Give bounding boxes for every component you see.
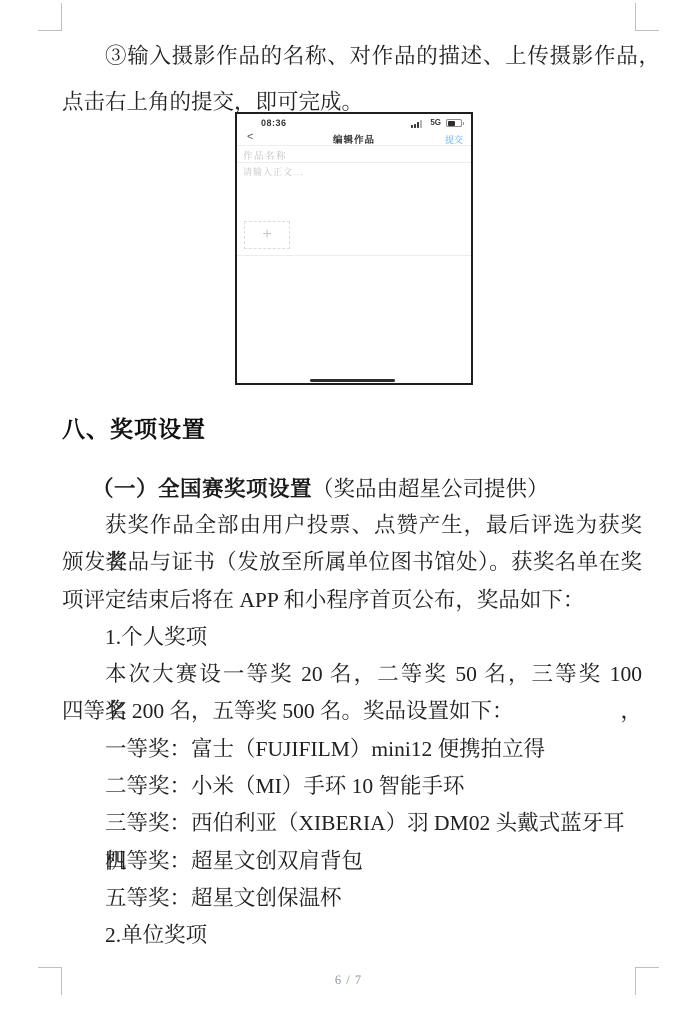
body-line: 2.单位奖项 [62,917,642,954]
body-text: 获奖作品全部由用户投票、点赞产生，最后评选为获奖者 颁发奖品与证书（发放至所属单… [62,507,642,955]
award-line: 四等奖：超星文创双肩背包 [62,843,642,880]
battery-icon [446,119,462,127]
section-heading: 八、奖项设置 [62,411,206,444]
subsection-heading-bold: （一）全国赛奖项设置 [92,477,312,501]
work-name-field[interactable]: 作品名称 [243,148,287,162]
crop-mark-top-left [38,3,62,31]
network-type-label: 5G [430,118,441,127]
body-line: 颁发奖品与证书（发放至所属单位图书馆处）。获奖名单在奖 [62,544,642,581]
body-line: 获奖作品全部由用户投票、点赞产生，最后评选为获奖者 [62,507,642,544]
signal-bars-icon [411,120,425,128]
crop-mark-top-right [635,3,659,31]
page-number: 6 / 7 [0,973,697,988]
plus-icon: + [262,226,271,243]
subsection-heading-note: （奖品由超星公司提供） [312,477,549,501]
award-line: 一等奖：富士（FUJIFILM）mini12 便携拍立得 [62,731,642,768]
body-line: 1.个人奖项 [62,619,642,656]
body-line: 本次大赛设一等奖 20 名，二等奖 50 名，三等奖 100 名， [62,656,642,693]
document-page: ③输入摄影作品的名称、对作品的描述、上传摄影作品， 点击右上角的提交，即可完成。… [0,0,697,1033]
divider [237,255,471,256]
divider [237,162,471,163]
award-line: 五等奖：超星文创保温杯 [62,880,642,917]
body-line: 项评定结束后将在 APP 和小程序首页公布，奖品如下： [62,582,642,619]
nav-title: 编辑作品 [237,132,471,146]
work-content-field[interactable]: 请输入正文... [243,165,304,178]
home-indicator [310,379,395,382]
award-line: 二等奖：小米（MI）手环 10 智能手环 [62,768,642,805]
intro-line: ③输入摄影作品的名称、对作品的描述、上传摄影作品， [62,33,660,79]
phone-screenshot: 08:36 5G < 编辑作品 提交 作品名称 请输入正文... + [235,112,473,385]
status-time: 08:36 [261,118,287,128]
add-photo-button[interactable]: + [244,221,290,249]
divider [237,145,471,146]
subsection-heading: （一）全国赛奖项设置（奖品由超星公司提供） [92,472,549,503]
award-line: 三等奖：西伯利亚（XIBERIA）羽 DM02 头戴式蓝牙耳机 [62,805,642,842]
